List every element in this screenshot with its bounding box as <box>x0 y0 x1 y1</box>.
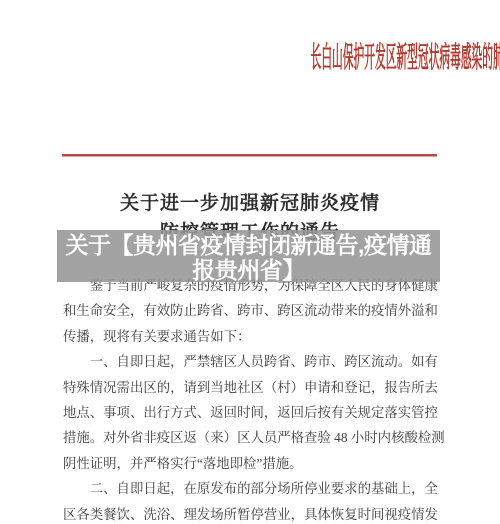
letterhead-text: 长白山保护开发区新型冠状病毒感染的肺炎疫情防控工作领导小组办公室文件 <box>311 42 500 74</box>
red-divider-line <box>62 154 437 157</box>
body-text-line: 区各类餐饮、洗浴、理发场所暂停营业，具体恢复时间视疫情发 <box>63 502 437 524</box>
body-text-line: 二、自即日起，在原发布的部分场所停业要求的基础上，全 <box>63 476 437 501</box>
body-text-line: 传播，现将有关要求通告如下： <box>63 324 437 349</box>
body-text-line: 和生命安全，有效防止跨省、跨市、跨区流动带来的疫情外溢和 <box>63 298 437 323</box>
caption-overlay: 关于【贵州省疫情封闭新通告,疫情通报贵州省】 <box>57 230 440 282</box>
body-text-line: 措施。对外省非疫区返（来）区人员严格查验 48 小时内核酸检测 <box>63 425 437 450</box>
body-text-line: 阴性证明，并严格实行“落地即检”措施。 <box>63 451 437 476</box>
caption-text-line: 关于【贵州省疫情封闭新通告,疫情通 <box>57 233 440 258</box>
body-text-line: 特殊情况需出区的，请到当地社区（村）申请和登记，报告所去 <box>63 375 437 400</box>
scanned-document-page: 长白山保护开发区新型冠状病毒感染的肺炎疫情防控工作领导小组办公室文件 关于进一步… <box>0 0 500 524</box>
caption-text-line: 报贵州省】 <box>57 258 440 283</box>
document-body: 鉴于当前严峻复杂的疫情形势，为保障全区人民的身体健康和生命安全，有效防止跨省、跨… <box>63 273 437 524</box>
letterhead-banner: 长白山保护开发区新型冠状病毒感染的肺炎疫情防控工作领导小组办公室文件 <box>0 42 500 76</box>
body-text-line: 一、自即日起，严禁辖区人员跨省、跨市、跨区流动。如有 <box>63 349 437 374</box>
document-title-line1: 关于进一步加强新冠肺炎疫情 <box>0 192 500 216</box>
body-text-line: 地点、事项、出行方式、返回时间，返回后按有关规定落实管控 <box>63 400 437 425</box>
